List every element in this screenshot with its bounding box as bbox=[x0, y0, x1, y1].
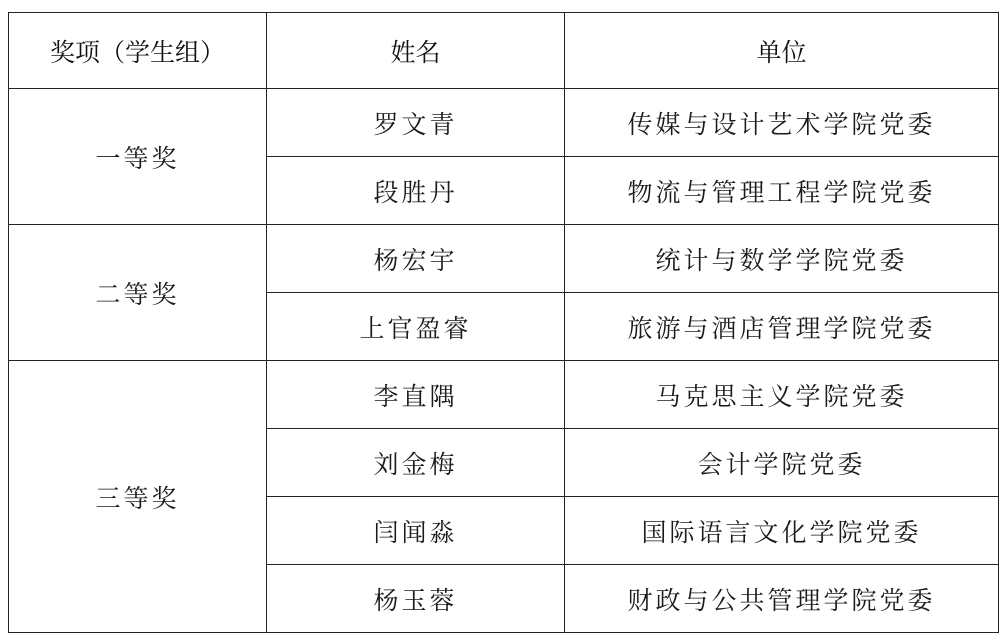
table-row: 二等奖 杨宏宇 统计与数学学院党委 bbox=[9, 225, 999, 293]
name-cell: 段胜丹 bbox=[267, 157, 565, 225]
name-cell: 上官盈睿 bbox=[267, 293, 565, 361]
name-cell: 刘金梅 bbox=[267, 429, 565, 497]
name-cell: 杨玉蓉 bbox=[267, 565, 565, 633]
header-name: 姓名 bbox=[267, 13, 565, 89]
header-row: 奖项（学生组） 姓名 单位 bbox=[9, 13, 999, 89]
unit-cell: 传媒与设计艺术学院党委 bbox=[565, 89, 999, 157]
unit-cell: 统计与数学学院党委 bbox=[565, 225, 999, 293]
header-award: 奖项（学生组） bbox=[9, 13, 267, 89]
name-cell: 闫闻淼 bbox=[267, 497, 565, 565]
awards-table: 奖项（学生组） 姓名 单位 一等奖 罗文青 传媒与设计艺术学院党委 段胜丹 物流… bbox=[8, 12, 999, 633]
award-second: 二等奖 bbox=[9, 225, 267, 361]
award-third: 三等奖 bbox=[9, 361, 267, 633]
unit-cell: 会计学院党委 bbox=[565, 429, 999, 497]
award-first: 一等奖 bbox=[9, 89, 267, 225]
name-cell: 李直隅 bbox=[267, 361, 565, 429]
header-unit: 单位 bbox=[565, 13, 999, 89]
table-row: 一等奖 罗文青 传媒与设计艺术学院党委 bbox=[9, 89, 999, 157]
unit-cell: 马克思主义学院党委 bbox=[565, 361, 999, 429]
name-cell: 罗文青 bbox=[267, 89, 565, 157]
unit-cell: 物流与管理工程学院党委 bbox=[565, 157, 999, 225]
table-row: 三等奖 李直隅 马克思主义学院党委 bbox=[9, 361, 999, 429]
name-cell: 杨宏宇 bbox=[267, 225, 565, 293]
unit-cell: 旅游与酒店管理学院党委 bbox=[565, 293, 999, 361]
unit-cell: 财政与公共管理学院党委 bbox=[565, 565, 999, 633]
unit-cell: 国际语言文化学院党委 bbox=[565, 497, 999, 565]
